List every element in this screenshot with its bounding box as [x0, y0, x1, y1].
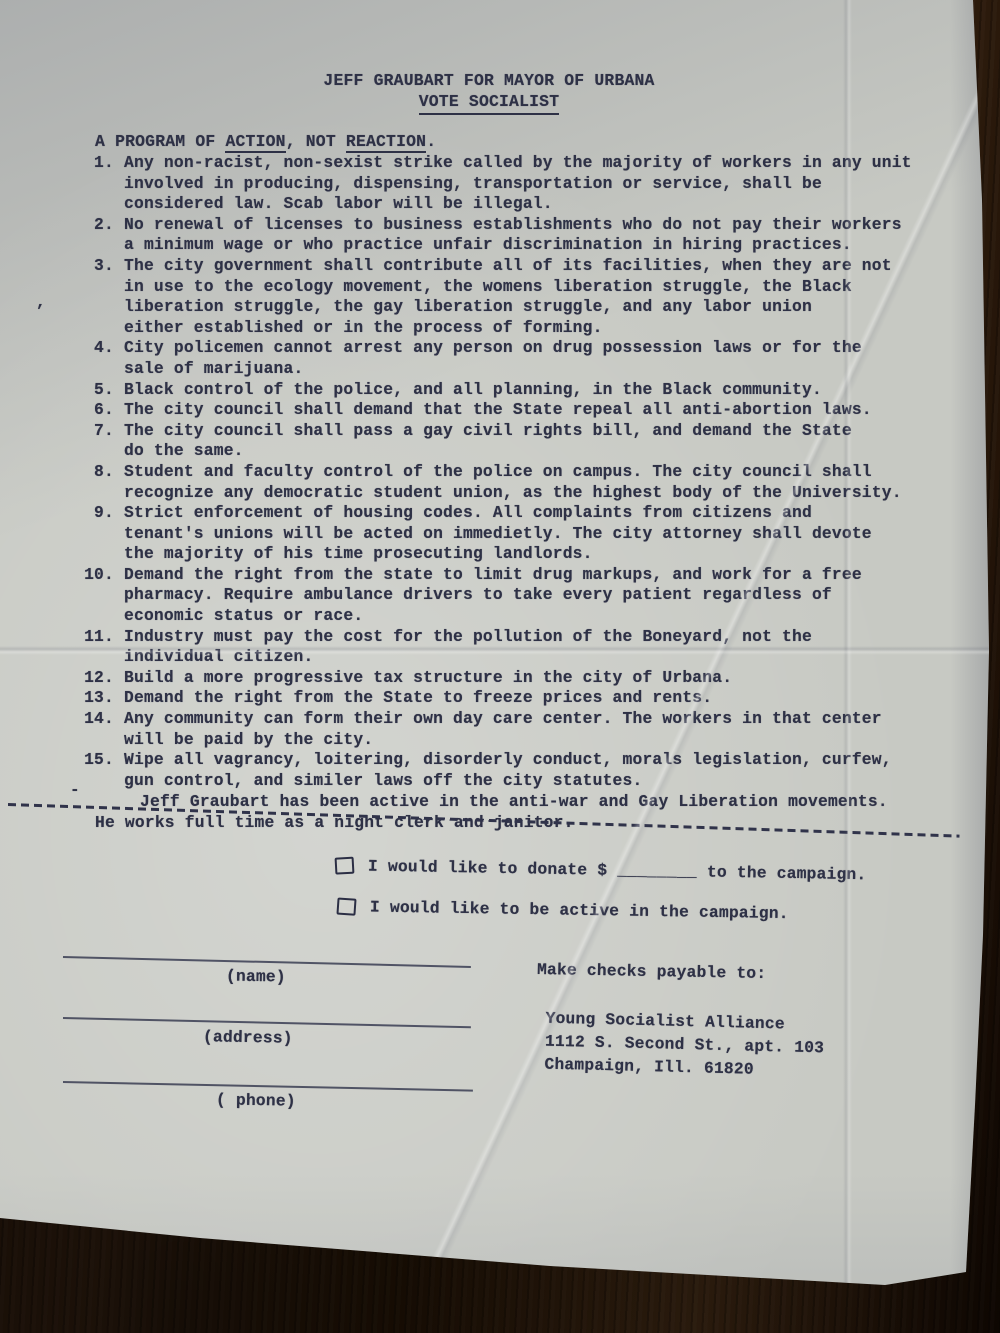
item-text: The city council shall demand that the S… [124, 400, 940, 421]
list-item: 14.Any community can form their own day … [60, 709, 940, 750]
list-item: 6.The city council shall demand that the… [60, 400, 940, 421]
be-active-checkbox [336, 898, 356, 916]
be-active-line: I would like to be active in the campaig… [370, 898, 789, 924]
item-text: Demand the right from the state to limit… [124, 565, 940, 627]
item-number: 1. [60, 153, 114, 215]
stray-dash-mark: - [70, 781, 80, 799]
stray-comma-mark: , [36, 293, 46, 311]
list-item: 15.Wipe all vagrancy, loitering, disorde… [60, 750, 940, 791]
heading-end: . [426, 132, 436, 151]
heading-action: ACTION [225, 132, 285, 153]
item-text: Any non-racist, non-sexist strike called… [124, 153, 940, 215]
item-number: 10. [60, 565, 114, 627]
item-number: 6. [60, 400, 114, 421]
donate-line: I would like to donate $ ________ to the… [368, 857, 867, 885]
item-number: 2. [60, 215, 114, 256]
item-number: 9. [60, 503, 114, 565]
item-number: 5. [60, 380, 114, 401]
list-item: 1.Any non-racist, non-sexist strike call… [60, 153, 940, 215]
list-item: 3.The city government shall contribute a… [60, 256, 940, 338]
page-title: JEFF GRAUBART FOR MAYOR OF URBANA [0, 70, 978, 91]
item-number: 15. [60, 750, 114, 791]
item-text: Build a more progressive tax structure i… [124, 668, 940, 689]
checks-payable-heading: Make checks payable to: [537, 960, 767, 983]
item-text: City policemen cannot arrest any person … [124, 338, 940, 379]
donate-text-pre: I would like to donate $ [368, 857, 618, 880]
phone-field-label: ( phone) [216, 1090, 296, 1110]
list-item: 13.Demand the right from the State to fr… [60, 688, 940, 709]
item-number: 11. [60, 627, 114, 668]
name-field-label: (name) [226, 966, 286, 986]
list-item: 2.No renewal of licenses to business est… [60, 215, 940, 256]
donate-amount-blank: ________ [617, 861, 697, 881]
flyer-paper: JEFF GRAUBART FOR MAYOR OF URBANA VOTE S… [0, 0, 1000, 1333]
list-item: 8.Student and faculty control of the pol… [60, 462, 940, 503]
heading-mid: , NOT [286, 132, 346, 151]
item-text: Black control of the police, and all pla… [124, 380, 940, 401]
name-field-line [63, 956, 471, 968]
title-block: JEFF GRAUBART FOR MAYOR OF URBANA VOTE S… [0, 70, 978, 115]
list-item: 7.The city council shall pass a gay civi… [60, 421, 940, 462]
item-text: The city council shall pass a gay civil … [124, 421, 940, 462]
item-number: 8. [60, 462, 114, 503]
item-text: Student and faculty control of the polic… [124, 462, 940, 503]
payee-address-block: Young Socialist Alliance 1112 S. Second … [544, 1007, 825, 1083]
list-item: 10.Demand the right from the state to li… [60, 565, 940, 627]
item-number: 13. [60, 688, 114, 709]
address-field-label: (address) [203, 1027, 293, 1048]
item-text: Strict enforcement of housing codes. All… [124, 503, 940, 565]
item-text: No renewal of licenses to business estab… [124, 215, 940, 256]
program-heading: A PROGRAM OF ACTION, NOT REACTION. [95, 132, 978, 151]
item-text: Industry must pay the cost for the pollu… [124, 627, 940, 668]
item-text: Demand the right from the State to freez… [124, 688, 940, 709]
item-number: 7. [60, 421, 114, 462]
item-text: Wipe all vagrancy, loitering, disorderly… [124, 750, 940, 791]
flyer-content: JEFF GRAUBART FOR MAYOR OF URBANA VOTE S… [0, 70, 978, 834]
item-number: 4. [60, 338, 114, 379]
item-number: 3. [60, 256, 114, 338]
item-text: The city government shall contribute all… [124, 256, 940, 338]
address-field-line [63, 1017, 471, 1028]
donate-text-post: to the campaign. [697, 862, 867, 884]
heading-pre: A PROGRAM OF [95, 132, 225, 151]
be-active-row: I would like to be active in the campaig… [337, 897, 789, 923]
item-number: 14. [60, 709, 114, 750]
donate-row: I would like to donate $ ________ to the… [335, 856, 867, 884]
list-item: 5.Black control of the police, and all p… [60, 380, 940, 401]
item-text: Any community can form their own day car… [124, 709, 940, 750]
list-item: 9.Strict enforcement of housing codes. A… [60, 503, 940, 565]
list-item: 4.City policemen cannot arrest any perso… [60, 338, 940, 379]
list-item: 11.Industry must pay the cost for the po… [60, 627, 940, 668]
item-number: 12. [60, 668, 114, 689]
list-item: 12.Build a more progressive tax structur… [60, 668, 940, 689]
donate-checkbox [335, 857, 355, 875]
page-subtitle: VOTE SOCIALIST [419, 91, 560, 115]
program-list: 1.Any non-racist, non-sexist strike call… [60, 153, 940, 834]
heading-reaction: REACTION [346, 132, 426, 153]
phone-field-line [63, 1081, 473, 1092]
